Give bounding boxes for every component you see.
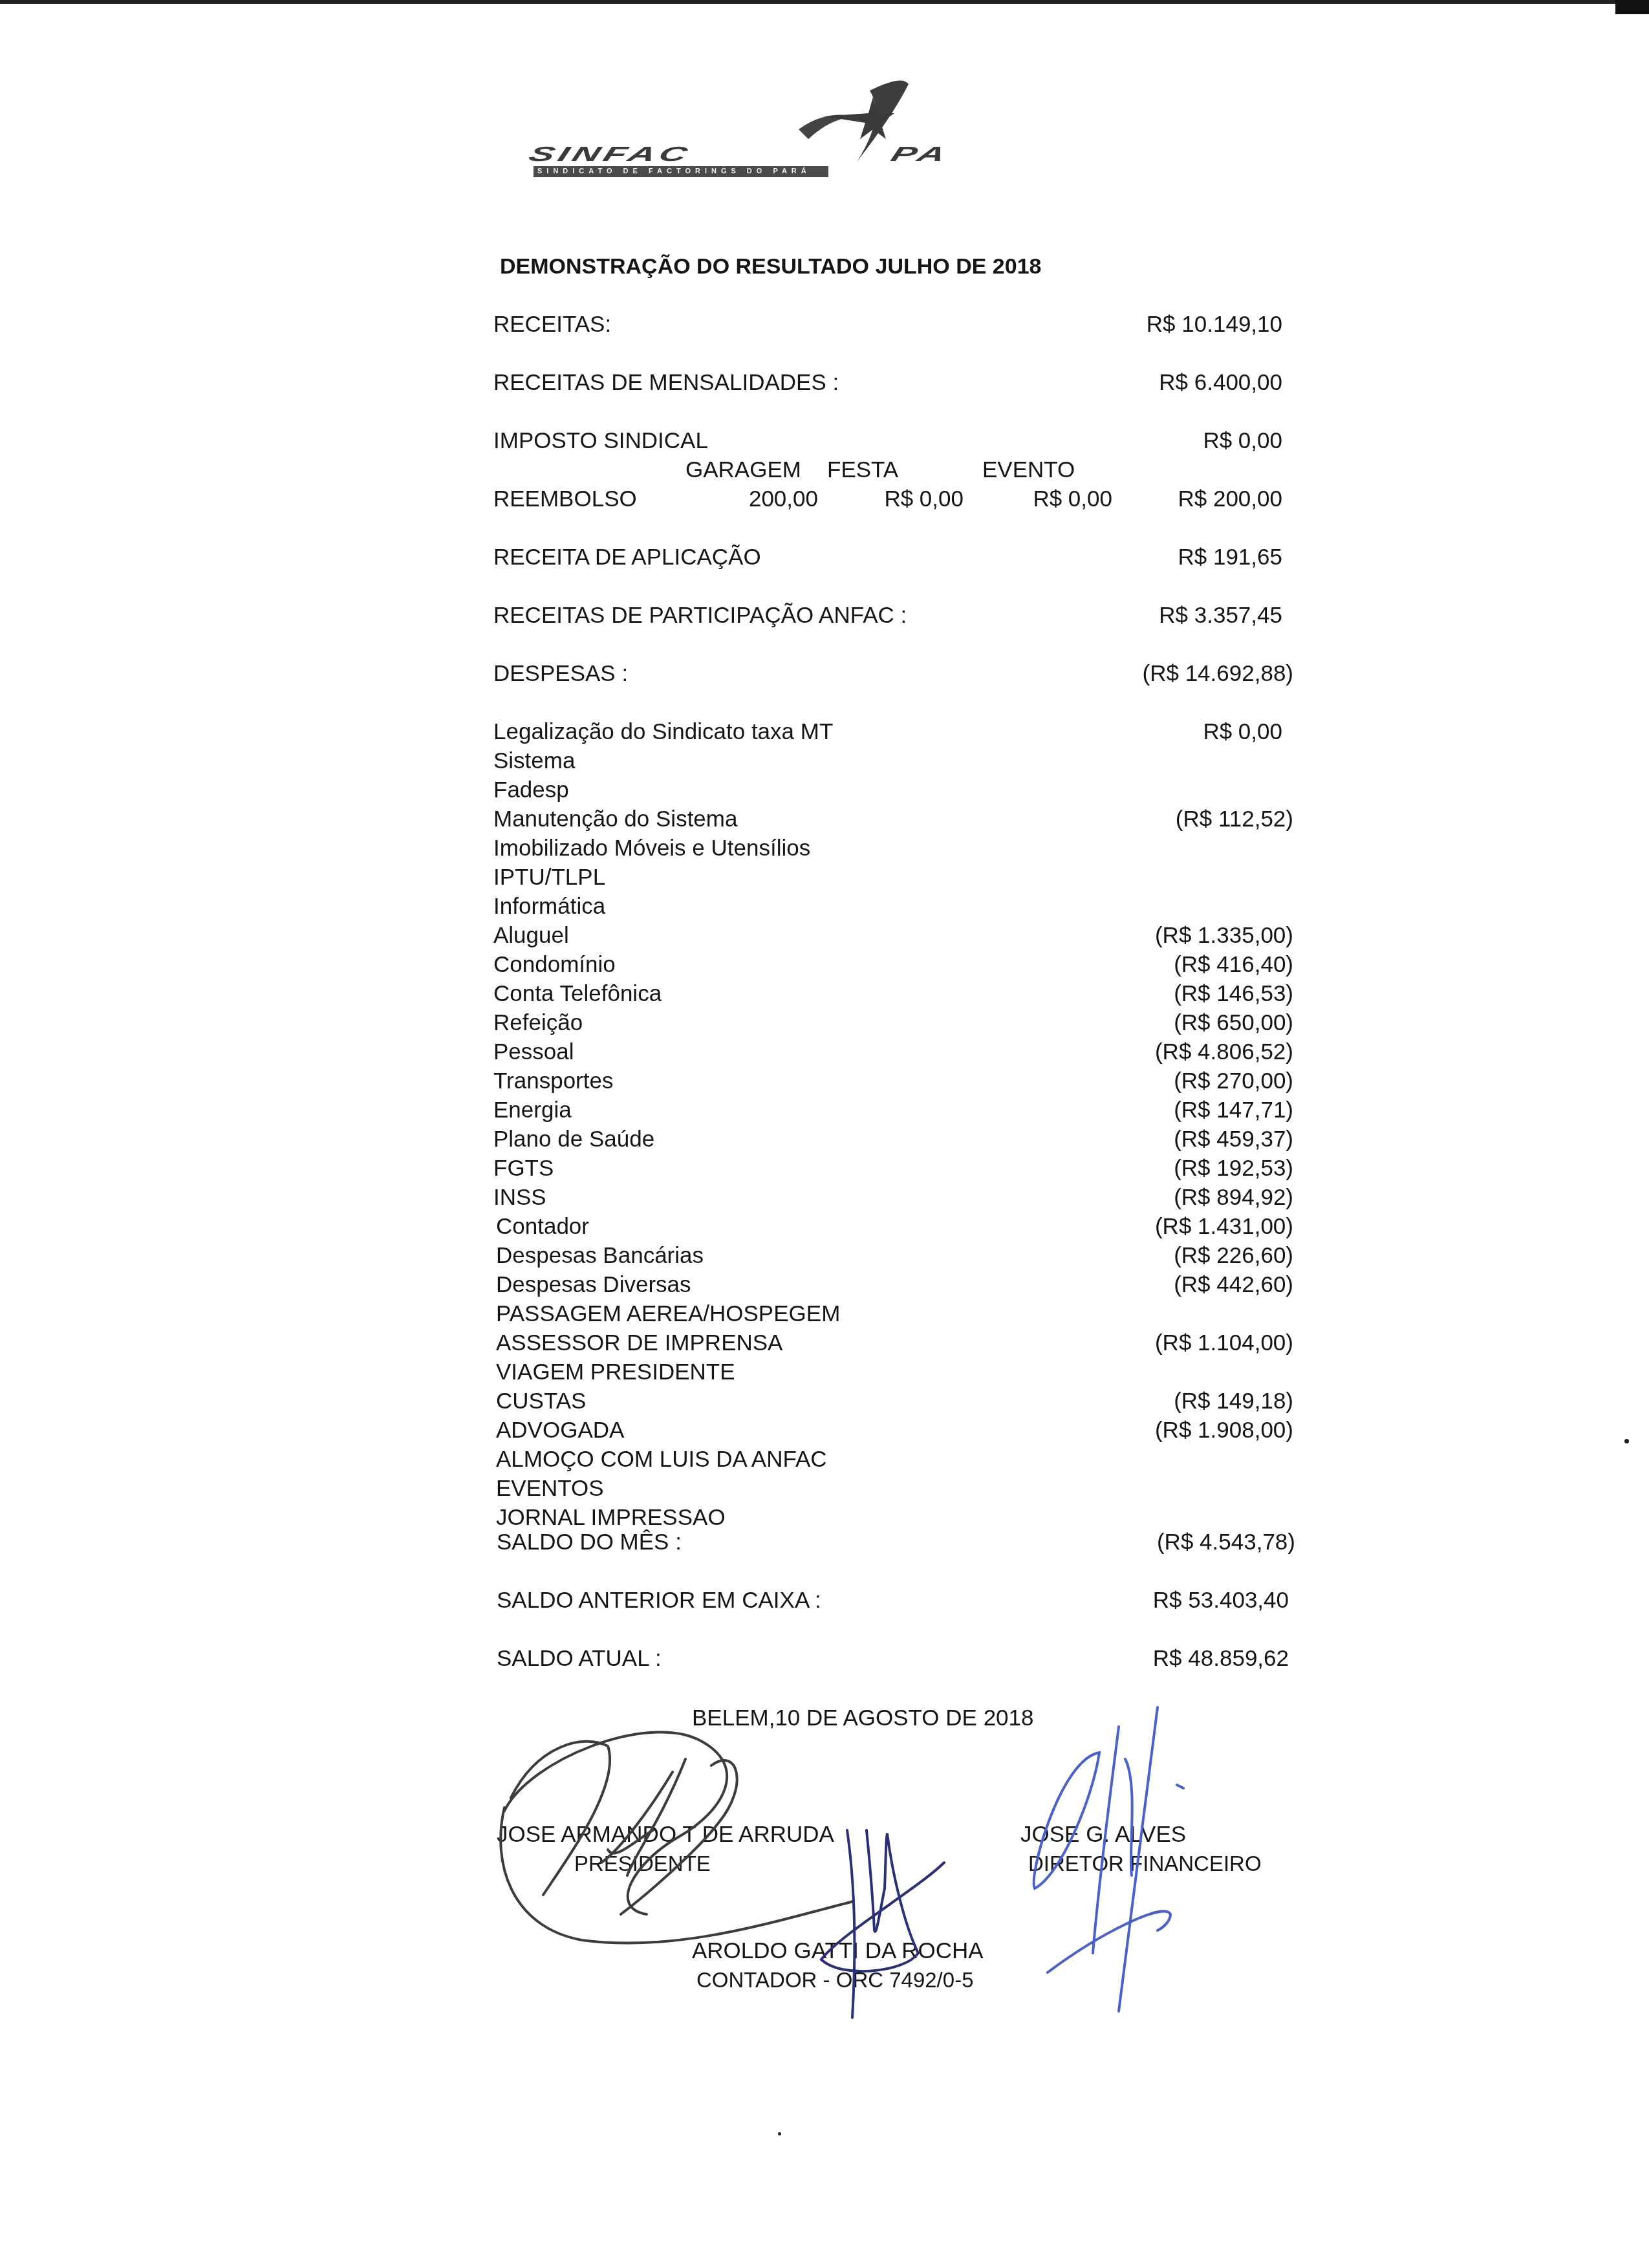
expense-item-label: JORNAL IMPRESSAO (496, 1504, 726, 1531)
expense-item-value: (R$ 270,00) (1174, 1068, 1293, 1095)
saldo-atual-value: R$ 48.859,62 (1153, 1645, 1289, 1672)
expense-item-value: (R$ 894,92) (1174, 1184, 1293, 1211)
expense-item-label: Plano de Saúde (493, 1126, 654, 1153)
scan-speck (1624, 1439, 1629, 1443)
expense-item-value: (R$ 226,60) (1174, 1242, 1293, 1269)
reembolso-festa-value: R$ 0,00 (884, 486, 964, 513)
revenue-total-label: RECEITAS: (493, 311, 611, 338)
scan-speck (778, 2132, 781, 2135)
expense-item-value: (R$ 4.806,52) (1155, 1039, 1293, 1066)
expense-item-label: Refeição (493, 1010, 583, 1037)
expense-item-label: Fadesp (493, 777, 569, 804)
expense-item-value: (R$ 442,60) (1174, 1271, 1293, 1299)
expense-item-value: R$ 0,00 (1203, 718, 1282, 746)
reembolso-total-value: R$ 200,00 (1178, 486, 1282, 513)
expense-item-label: ADVOGADA (496, 1417, 624, 1444)
reembolso-col-festa: FESTA (827, 457, 898, 484)
reembolso-col-garagem: GARAGEM (685, 457, 801, 484)
expense-item-label: Informática (493, 893, 605, 920)
anfac-value: R$ 3.357,45 (1159, 602, 1282, 629)
reembolso-evento-value: R$ 0,00 (1033, 486, 1112, 513)
scan-edge-top (0, 0, 1649, 4)
expense-item-label: Sistema (493, 748, 575, 775)
expense-item-label: CUSTAS (496, 1388, 586, 1415)
expense-item-label: ASSESSOR DE IMPRENSA (496, 1330, 782, 1357)
imposto-value: R$ 0,00 (1203, 427, 1282, 455)
expense-item-label: IPTU/TLPL (493, 864, 605, 891)
expense-item-label: Despesas Bancárias (496, 1242, 704, 1269)
sinfac-logo: SINFAC PA SINDICATO DE FACTORINGS DO PAR… (521, 78, 993, 181)
expense-item-label: Transportes (493, 1068, 613, 1095)
signatory-director-name: JOSE G. ALVES (1020, 1821, 1186, 1848)
expense-item-value: (R$ 416,40) (1174, 951, 1293, 978)
signatory-director-role: DIRETOR FINANCEIRO (1028, 1850, 1262, 1877)
expense-item-value: (R$ 147,71) (1174, 1097, 1293, 1124)
expense-item-label: Imobilizado Móveis e Utensílios (493, 835, 810, 862)
expense-item-label: Condomínio (493, 951, 616, 978)
mensalidades-label: RECEITAS DE MENSALIDADES : (493, 369, 839, 396)
saldo-anterior-value: R$ 53.403,40 (1153, 1587, 1289, 1614)
saldo-anterior-label: SALDO ANTERIOR EM CAIXA : (497, 1587, 821, 1614)
expense-item-label: Conta Telefônica (493, 980, 662, 1008)
expense-item-value: (R$ 459,37) (1174, 1126, 1293, 1153)
imposto-label: IMPOSTO SINDICAL (493, 427, 708, 455)
anfac-label: RECEITAS DE PARTICIPAÇÃO ANFAC : (493, 602, 907, 629)
expense-item-label: ALMOÇO COM LUIS DA ANFAC (496, 1446, 827, 1473)
logo-name-right: PA (888, 142, 953, 166)
signatures-overlay (0, 0, 1649, 2268)
place-date: BELEM,10 DE AGOSTO DE 2018 (692, 1705, 1034, 1732)
expense-item-value: (R$ 1.104,00) (1155, 1330, 1293, 1357)
saldo-mes-label: SALDO DO MÊS : (497, 1529, 682, 1556)
signatory-president-role: PRESIDENTE (574, 1850, 711, 1877)
mensalidades-value: R$ 6.400,00 (1159, 369, 1282, 396)
reembolso-garagem-value: 200,00 (749, 486, 818, 513)
expense-item-value: (R$ 146,53) (1174, 980, 1293, 1008)
expense-item-label: Despesas Diversas (496, 1271, 691, 1299)
expense-item-value: (R$ 192,53) (1174, 1155, 1293, 1182)
expense-item-label: Pessoal (493, 1039, 574, 1066)
expense-item-value: (R$ 1.335,00) (1155, 922, 1293, 949)
expense-item-label: Energia (493, 1097, 572, 1124)
expense-item-label: Manutenção do Sistema (493, 806, 737, 833)
reembolso-col-evento: EVENTO (982, 457, 1075, 484)
aplicacao-value: R$ 191,65 (1178, 544, 1282, 571)
expense-item-label: EVENTOS (496, 1475, 604, 1502)
expense-item-label: Legalização do Sindicato taxa MT (493, 718, 833, 746)
expense-item-label: Contador (496, 1213, 589, 1240)
page-title: DEMONSTRAÇÃO DO RESULTADO JULHO DE 2018 (500, 253, 1042, 280)
expense-item-label: Aluguel (493, 922, 569, 949)
expenses-total-value: (R$ 14.692,88) (1143, 660, 1293, 687)
expense-item-value: (R$ 149,18) (1174, 1388, 1293, 1415)
expense-item-value: (R$ 1.908,00) (1155, 1417, 1293, 1444)
signatory-accountant-role: CONTADOR - ORC 7492/0-5 (696, 1967, 973, 1994)
signatory-president-name: JOSE ARMANDO T DE ARRUDA (497, 1821, 834, 1848)
expense-item-value: (R$ 650,00) (1174, 1010, 1293, 1037)
logo-name-left: SINFAC (526, 142, 695, 166)
expense-item-value: (R$ 112,52) (1176, 806, 1293, 833)
expense-item-label: INSS (493, 1184, 546, 1211)
reembolso-label: REEMBOLSO (493, 486, 637, 513)
signatory-accountant-name: AROLDO GATTI DA ROCHA (692, 1938, 984, 1965)
expense-item-label: PASSAGEM AEREA/HOSPEGEM (496, 1301, 840, 1328)
aplicacao-label: RECEITA DE APLICAÇÃO (493, 544, 761, 571)
scan-edge-corner (1615, 0, 1649, 14)
saldo-atual-label: SALDO ATUAL : (497, 1645, 662, 1672)
saldo-mes-value: (R$ 4.543,78) (1157, 1529, 1295, 1556)
expense-item-label: FGTS (493, 1155, 554, 1182)
expense-item-label: VIAGEM PRESIDENTE (496, 1359, 735, 1386)
logo-subtitle: SINDICATO DE FACTORINGS DO PARÁ (533, 166, 828, 177)
expenses-total-label: DESPESAS : (493, 660, 628, 687)
revenue-total-value: R$ 10.149,10 (1147, 311, 1282, 338)
expense-item-value: (R$ 1.431,00) (1155, 1213, 1293, 1240)
